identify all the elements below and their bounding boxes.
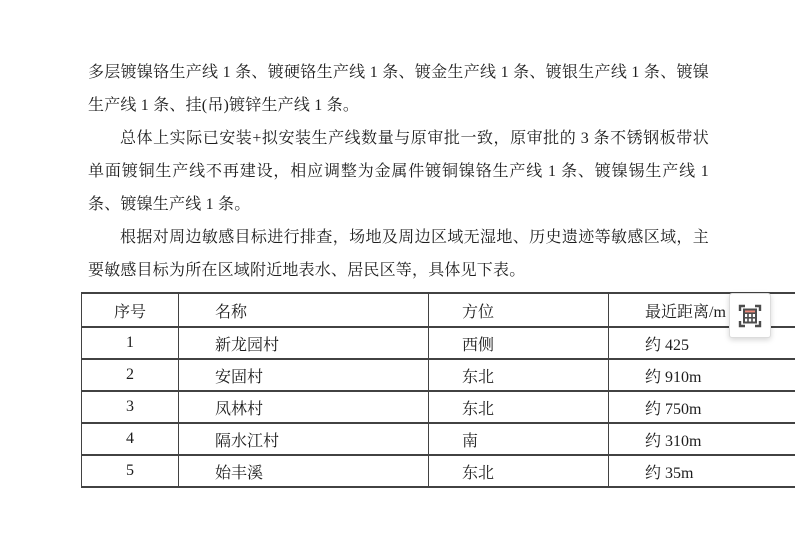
column-header-name: 名称 [179,293,429,327]
column-header-direction: 方位 [429,293,609,327]
cell-distance: 约 310m [609,423,795,455]
cell-index: 3 [82,391,179,423]
cell-index: 1 [82,327,179,359]
cell-direction: 东北 [429,391,609,423]
table-row: 1 新龙园村 西侧 约 425 [82,327,795,359]
table-row: 5 始丰溪 东北 约 35m [82,455,795,487]
sensitive-targets-table: 序号 名称 方位 最近距离/m 1 新龙园村 西侧 约 425 2 安固村 东北… [81,292,795,488]
cell-index: 5 [82,455,179,487]
cell-direction: 东北 [429,455,609,487]
table-row: 3 凤林村 东北 约 750m [82,391,795,423]
cell-distance: 约 750m [609,391,795,423]
body-text: 多层镀镍铬生产线 1 条、镀硬铬生产线 1 条、镀金生产线 1 条、镀银生产线 … [88,56,709,287]
column-header-index: 序号 [82,293,179,327]
cell-direction: 西侧 [429,327,609,359]
table-header-row: 序号 名称 方位 最近距离/m [82,293,795,327]
table-capture-icon [736,302,764,330]
paragraph-sensitive-targets: 根据对周边敏感目标进行排查，场地及周边区域无湿地、历史遗迹等敏感区域，主要敏感目… [88,221,709,287]
table-row: 4 隔水江村 南 约 310m [82,423,795,455]
cell-direction: 东北 [429,359,609,391]
cell-name: 始丰溪 [179,455,429,487]
cell-index: 2 [82,359,179,391]
cell-name: 凤林村 [179,391,429,423]
table-row: 2 安固村 东北 约 910m [82,359,795,391]
document-page: 多层镀镍铬生产线 1 条、镀硬铬生产线 1 条、镀金生产线 1 条、镀银生产线 … [0,0,795,551]
cell-distance: 约 35m [609,455,795,487]
cell-name: 新龙园村 [179,327,429,359]
cell-index: 4 [82,423,179,455]
cell-distance: 约 910m [609,359,795,391]
cell-name: 安固村 [179,359,429,391]
paragraph-plating-lines: 多层镀镍铬生产线 1 条、镀硬铬生产线 1 条、镀金生产线 1 条、镀银生产线 … [88,56,709,122]
paragraph-adjustment: 总体上实际已安装+拟安装生产线数量与原审批一致，原审批的 3 条不锈钢板带状单面… [88,122,709,221]
cell-name: 隔水江村 [179,423,429,455]
cell-direction: 南 [429,423,609,455]
table-capture-button[interactable] [729,293,771,338]
